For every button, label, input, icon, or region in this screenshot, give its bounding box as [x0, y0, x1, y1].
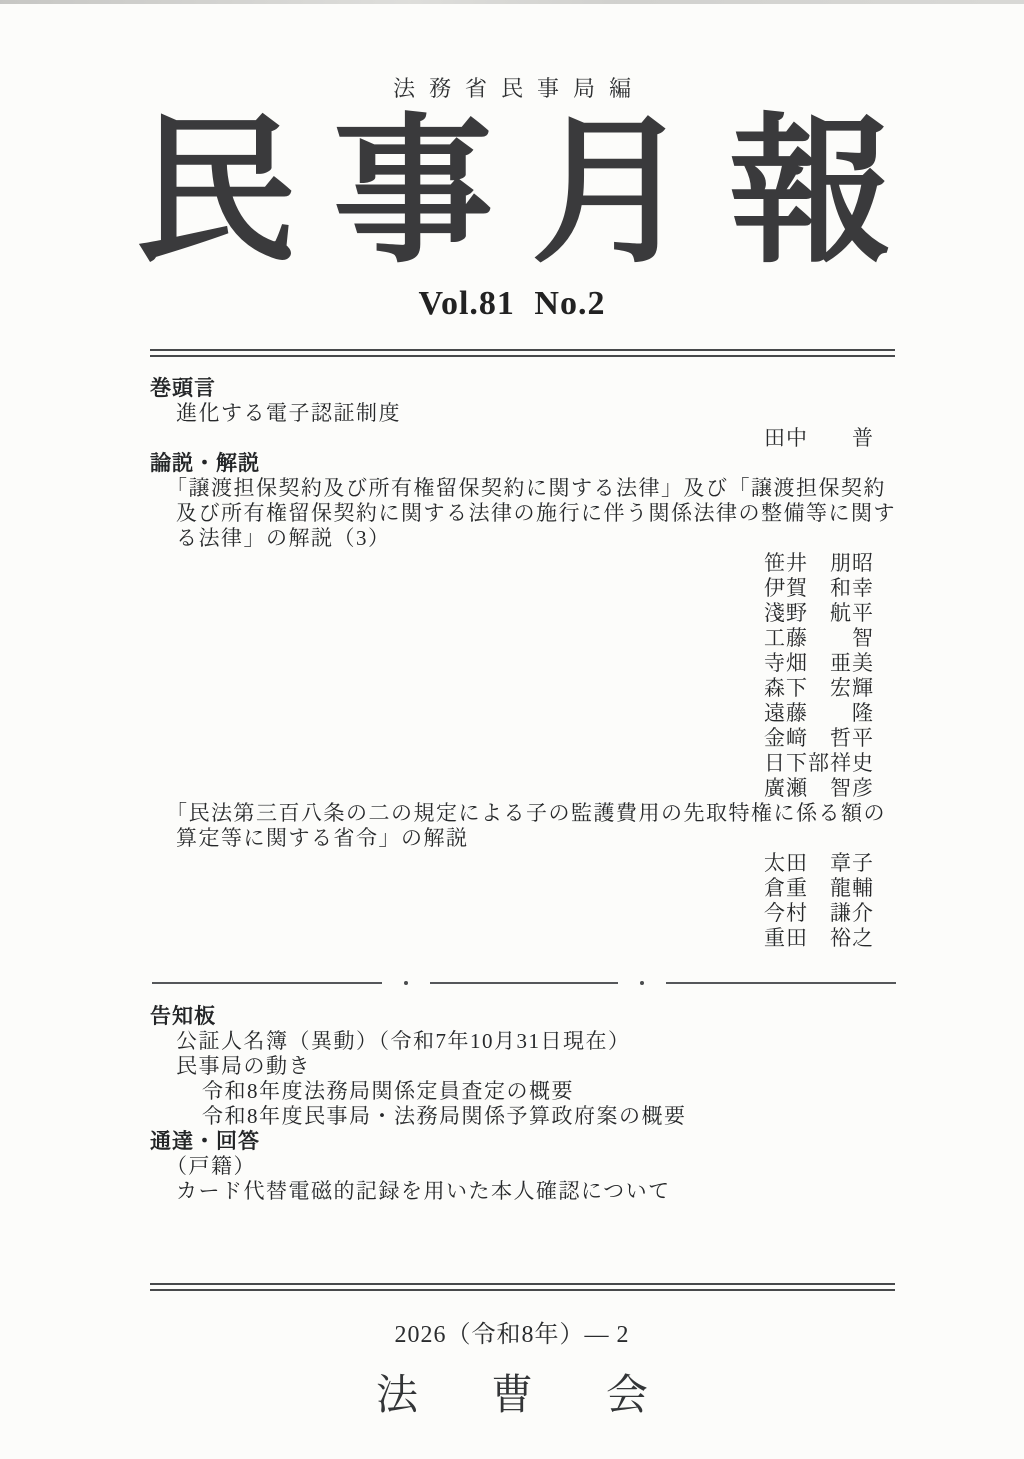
toc-entry-title: 公証人名簿（異動）（令和7年10月31日現在） — [150, 1029, 898, 1054]
scan-edge-artifact — [0, 0, 1024, 4]
author-name: 日下部祥史 — [150, 751, 874, 776]
table-of-contents: 巻頭言進化する電子認証制度田中 普論説・解説「譲渡担保契約及び所有権留保契約に関… — [150, 376, 898, 1204]
edition-date: 2026（令和8年）― 2 — [0, 1314, 1024, 1349]
author-list: 田中 普 — [150, 426, 898, 451]
magazine-cover-page: 法務省民事局編 民事月報 Vol.81 No.2 巻頭言進化する電子認証制度田中… — [0, 0, 1024, 1459]
author-name: 笹井 朋昭 — [150, 551, 874, 576]
toc-entry-title: 「譲渡担保契約及び所有権留保契約に関する法律」及び「譲渡担保契約及び所有権留保契… — [150, 476, 898, 551]
author-name: 今村 謙介 — [150, 901, 874, 926]
author-list: 太田 章子倉重 龍輔今村 謙介重田 裕之 — [150, 851, 898, 951]
volume-number: Vol.81 No.2 — [0, 285, 1024, 323]
divider-dot — [404, 981, 408, 985]
section-heading: 告知板 — [150, 1004, 898, 1029]
toc-entry-title: 令和8年度民事局・法務局関係予算政府案の概要 — [150, 1104, 898, 1129]
author-name: 森下 宏輝 — [150, 676, 874, 701]
magazine-title: 民事月報 — [0, 109, 1024, 277]
author-name: 遠藤 隆 — [150, 701, 874, 726]
author-name: 太田 章子 — [150, 851, 874, 876]
divider-line — [152, 982, 382, 984]
divider-line — [666, 982, 896, 984]
author-name: 廣瀬 智彦 — [150, 776, 874, 801]
toc-entry-title: カード代替電磁的記録を用いた本人確認について — [150, 1179, 898, 1204]
publisher-name: 法曹会 — [0, 1362, 1024, 1422]
author-name: 倉重 龍輔 — [150, 876, 874, 901]
section-heading: 通達・回答 — [150, 1129, 898, 1154]
editor-credit: 法務省民事局編 — [0, 0, 1024, 103]
section-divider — [152, 981, 896, 985]
author-name: 重田 裕之 — [150, 926, 874, 951]
author-name: 金﨑 哲平 — [150, 726, 874, 751]
author-name: 伊賀 和幸 — [150, 576, 874, 601]
toc-entry-title: 民事局の動き — [150, 1054, 898, 1079]
toc-entry-title: 令和8年度法務局関係定員査定の概要 — [150, 1079, 898, 1104]
author-name: 淺野 航平 — [150, 601, 874, 626]
divider-dot — [640, 981, 644, 985]
divider-line — [430, 982, 618, 984]
toc-entry-title: （戸籍） — [150, 1154, 898, 1179]
author-name: 寺畑 亜美 — [150, 651, 874, 676]
double-rule-top — [150, 349, 895, 357]
author-list: 笹井 朋昭伊賀 和幸淺野 航平工藤 智寺畑 亜美森下 宏輝遠藤 隆金﨑 哲平日下… — [150, 551, 898, 801]
author-name: 工藤 智 — [150, 626, 874, 651]
toc-entry-title: 進化する電子認証制度 — [150, 401, 898, 426]
toc-entry-title: 「民法第三百八条の二の規定による子の監護費用の先取特権に係る額の算定等に関する省… — [150, 801, 898, 851]
section-heading: 巻頭言 — [150, 376, 898, 401]
double-rule-bottom — [150, 1283, 895, 1291]
author-name: 田中 普 — [150, 426, 874, 451]
section-heading: 論説・解説 — [150, 451, 898, 476]
